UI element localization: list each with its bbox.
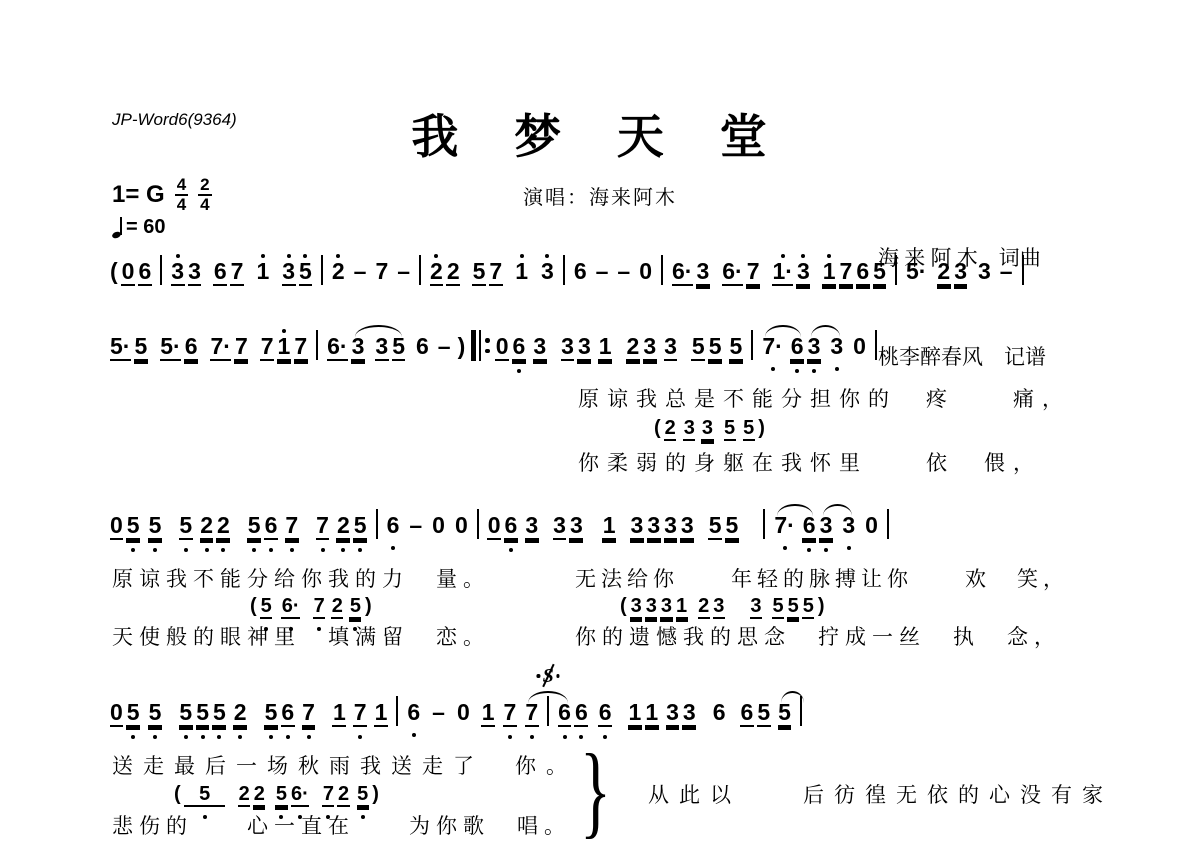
barline — [868, 327, 884, 360]
note: 5 — [708, 327, 722, 376]
note: 1 — [628, 693, 642, 742]
note: 1 — [256, 252, 270, 299]
note: 6 — [504, 506, 518, 555]
note: 7 — [302, 693, 316, 742]
note: 6 — [856, 252, 870, 301]
lyric-line-a2: 你柔弱的身躯在我怀里 依 偎， — [578, 447, 1042, 477]
lyric-line-c1: 送走最后一场秋雨我送走了 你。 — [112, 750, 577, 780]
note: 6 — [213, 252, 227, 301]
tempo-value: = 60 — [126, 216, 165, 239]
note-spacer — [797, 506, 801, 555]
note: 3 — [188, 252, 202, 301]
note: 3 — [561, 327, 575, 376]
note: 3 — [807, 327, 821, 376]
note: 5 — [126, 693, 140, 742]
note-spacer — [785, 327, 789, 376]
note: 6 — [790, 327, 804, 376]
note: 1 — [645, 693, 659, 742]
note: 7· — [210, 327, 231, 376]
note: 2 — [331, 252, 345, 299]
note: 5 — [729, 327, 743, 376]
note: 1 — [374, 693, 388, 742]
notation-line-2: 5·55·67·77176·3356–)0633312335557·6330 — [108, 327, 884, 376]
note: 3 — [830, 327, 844, 376]
dash-extension: – — [437, 327, 451, 374]
note: 3 — [680, 506, 694, 555]
note: 2 — [200, 506, 214, 555]
note: 7· — [762, 327, 783, 376]
note: 7 — [503, 693, 517, 742]
song-title: 我 梦 天 堂 — [0, 100, 1200, 167]
note: 7 — [234, 327, 248, 376]
note: 5 — [134, 327, 148, 376]
meter-fraction-1: 4 4 — [175, 176, 188, 214]
note: 3 — [553, 506, 567, 555]
note: 3 — [819, 506, 833, 555]
note: 5 — [708, 506, 722, 555]
barline-with-segno: S — [540, 693, 556, 742]
slur-arc: 33 — [818, 506, 858, 555]
note: 6 — [740, 693, 754, 742]
note: 5 — [148, 693, 162, 742]
note: 0 — [110, 506, 124, 555]
note: 6 — [264, 506, 278, 555]
barline — [389, 693, 405, 726]
note: 0 — [495, 327, 509, 376]
note: 5 — [392, 327, 406, 376]
note: 5 — [179, 693, 193, 742]
note: 5· — [905, 252, 926, 299]
note: 0 — [853, 327, 867, 374]
note: 1 — [481, 693, 495, 742]
note: 6 — [558, 693, 572, 742]
credit-arranger: 桃李醉春风 记谱 — [878, 341, 1046, 374]
note: 0 — [454, 506, 468, 553]
notation-line-3: 0555225677256–000633313333557·6330 — [108, 506, 896, 555]
note: 5 — [196, 693, 210, 742]
note: 0 — [865, 506, 879, 553]
dash-extension: – — [409, 506, 423, 553]
note: 3 — [696, 252, 710, 301]
barline — [314, 252, 330, 285]
dash-extension: – — [353, 252, 367, 299]
lyric-line-b2-right: 你的遗憾我的思念 拧成一丝 执 念， — [575, 621, 1061, 651]
note: 3 — [682, 693, 696, 742]
note: 5 — [691, 327, 705, 376]
note: 2 — [937, 252, 951, 301]
note: 3 — [351, 327, 365, 376]
note: 3 — [569, 506, 583, 555]
note: 1· — [772, 252, 793, 301]
note: 3 — [664, 506, 678, 555]
dash-extension: – — [617, 252, 631, 299]
note: 3 — [375, 327, 389, 376]
note: 5· — [160, 327, 181, 376]
dash-extension: – — [999, 252, 1013, 299]
note: 7 — [285, 506, 299, 555]
lyric-line-b2-left: 天使般的眼神里 填满留 恋。 — [112, 621, 490, 651]
note: 3 — [282, 252, 296, 301]
note-spacer — [366, 327, 373, 376]
note: 3 — [643, 327, 657, 376]
note: 5 — [247, 506, 261, 555]
note: 5· — [110, 327, 131, 376]
dash-extension: – — [397, 252, 411, 299]
note: 6 — [415, 327, 429, 374]
note: 3 — [171, 252, 185, 301]
barline — [1015, 252, 1031, 285]
note: 3 — [977, 252, 991, 299]
note: 6 — [386, 506, 400, 553]
slur-arc: 7S6 — [523, 693, 573, 742]
note: 3 — [647, 506, 661, 555]
note: 5 — [725, 506, 739, 555]
lyric-line-c2: 悲伤的 心一直在 为你歌 唱。 — [112, 810, 571, 840]
barline — [744, 327, 760, 360]
note: 7 — [316, 506, 330, 555]
note: 6 — [712, 693, 726, 740]
note: 0 — [110, 693, 124, 742]
note: 5 — [264, 693, 278, 742]
slur-arc: 335 — [350, 327, 407, 376]
note: 5 — [757, 693, 771, 742]
barline — [888, 252, 904, 285]
lyric-line-a1: 原谅我总是不能分担你的 疼 痛， — [578, 383, 1071, 413]
barline — [556, 252, 572, 285]
barline — [309, 327, 325, 360]
note: 0 — [121, 252, 135, 301]
key-signature: 1= G 4 4 2 4 — [112, 176, 212, 214]
note: 5 — [179, 506, 193, 555]
barline — [470, 506, 486, 539]
note: 1 — [277, 327, 291, 376]
note: 7 — [839, 252, 853, 301]
note: 1 — [332, 693, 346, 742]
slur-arc: 7·6 — [772, 506, 817, 555]
dash-extension: – — [595, 252, 609, 299]
paren-glyph: ( — [110, 252, 119, 299]
note: 3 — [577, 327, 591, 376]
note: 5 — [472, 252, 486, 301]
note: 7 — [375, 252, 389, 299]
note: 0 — [639, 252, 653, 299]
tempo-marking: = 60 — [112, 215, 165, 239]
barline — [654, 252, 670, 285]
note: 6 — [184, 327, 198, 376]
note: 0 — [487, 506, 501, 555]
note: 7 — [353, 693, 367, 742]
note: 7· — [774, 506, 795, 555]
paren-glyph: ) — [457, 327, 466, 374]
note: 3 — [666, 693, 680, 742]
note: 3 — [796, 252, 810, 301]
note: 2 — [446, 252, 460, 301]
key-label: 1= G — [112, 181, 165, 209]
note: 6 — [407, 693, 421, 740]
note: 5 — [148, 506, 162, 555]
sheet-music-page: JP-Word6(9364) 我 梦 天 堂 演唱：海来阿木 1= G 4 4 … — [0, 0, 1200, 850]
note: 0 — [456, 693, 470, 740]
note: 3 — [525, 506, 539, 555]
segno-icon: S — [543, 665, 554, 687]
note: 7 — [746, 252, 760, 301]
barline — [793, 693, 809, 742]
note: 6· — [327, 327, 348, 376]
note: 7 — [230, 252, 244, 301]
note: 5 — [353, 506, 367, 555]
barline — [412, 252, 428, 285]
note: 2 — [336, 506, 350, 555]
note: 0 — [432, 506, 446, 553]
note-spacer — [822, 327, 828, 376]
note: 5 — [126, 506, 140, 555]
note: 2 — [430, 252, 444, 301]
dash-extension: – — [432, 693, 446, 740]
note: 6 — [281, 693, 295, 742]
barline — [880, 506, 896, 539]
note: 5 — [212, 693, 226, 742]
note: 1 — [598, 327, 612, 376]
note: 5 — [299, 252, 313, 301]
meter-fraction-2: 2 4 — [198, 176, 211, 214]
lyric-brace: } — [580, 741, 611, 841]
note: 6· — [672, 252, 693, 301]
slur-arc: 33 — [806, 327, 846, 376]
note: 6 — [512, 327, 526, 376]
note: 6 — [138, 252, 152, 301]
notation-line-4: 05555525671716–0177S66611336655 — [108, 693, 809, 742]
slur-arc: 5 — [776, 693, 809, 742]
note: 7 — [489, 252, 503, 301]
quarter-note-icon — [112, 215, 124, 239]
note: 1 — [822, 252, 836, 301]
note: 5 — [778, 693, 792, 742]
note: 7 — [260, 327, 274, 376]
note: 2 — [626, 327, 640, 376]
note: 3 — [541, 252, 555, 299]
note: 3 — [533, 327, 547, 376]
barline — [756, 506, 772, 539]
note: 3 — [954, 252, 968, 301]
slur-arc: 7·6 — [760, 327, 805, 376]
note: 7 — [294, 327, 308, 376]
note: 6 — [573, 252, 587, 299]
note-spacer — [834, 506, 840, 555]
note: 6 — [802, 506, 816, 555]
repeat-start-sign — [471, 330, 490, 361]
note: 5 — [873, 252, 887, 301]
notation-line-1: (0633671352–7–2257136––06·36·71·317655·2… — [108, 252, 1031, 301]
barline — [369, 506, 385, 539]
note: 1 — [602, 506, 616, 555]
lyric-line-d: 从此以 后彷徨无依的心没有家 — [648, 779, 1113, 809]
note: 2 — [216, 506, 230, 555]
note: 3 — [630, 506, 644, 555]
note: 7 — [525, 693, 539, 742]
note: 3 — [842, 506, 856, 555]
barline — [153, 252, 169, 285]
note: 2 — [233, 693, 247, 742]
note: 3 — [664, 327, 678, 376]
note: 1 — [515, 252, 529, 299]
note: 6· — [722, 252, 743, 301]
